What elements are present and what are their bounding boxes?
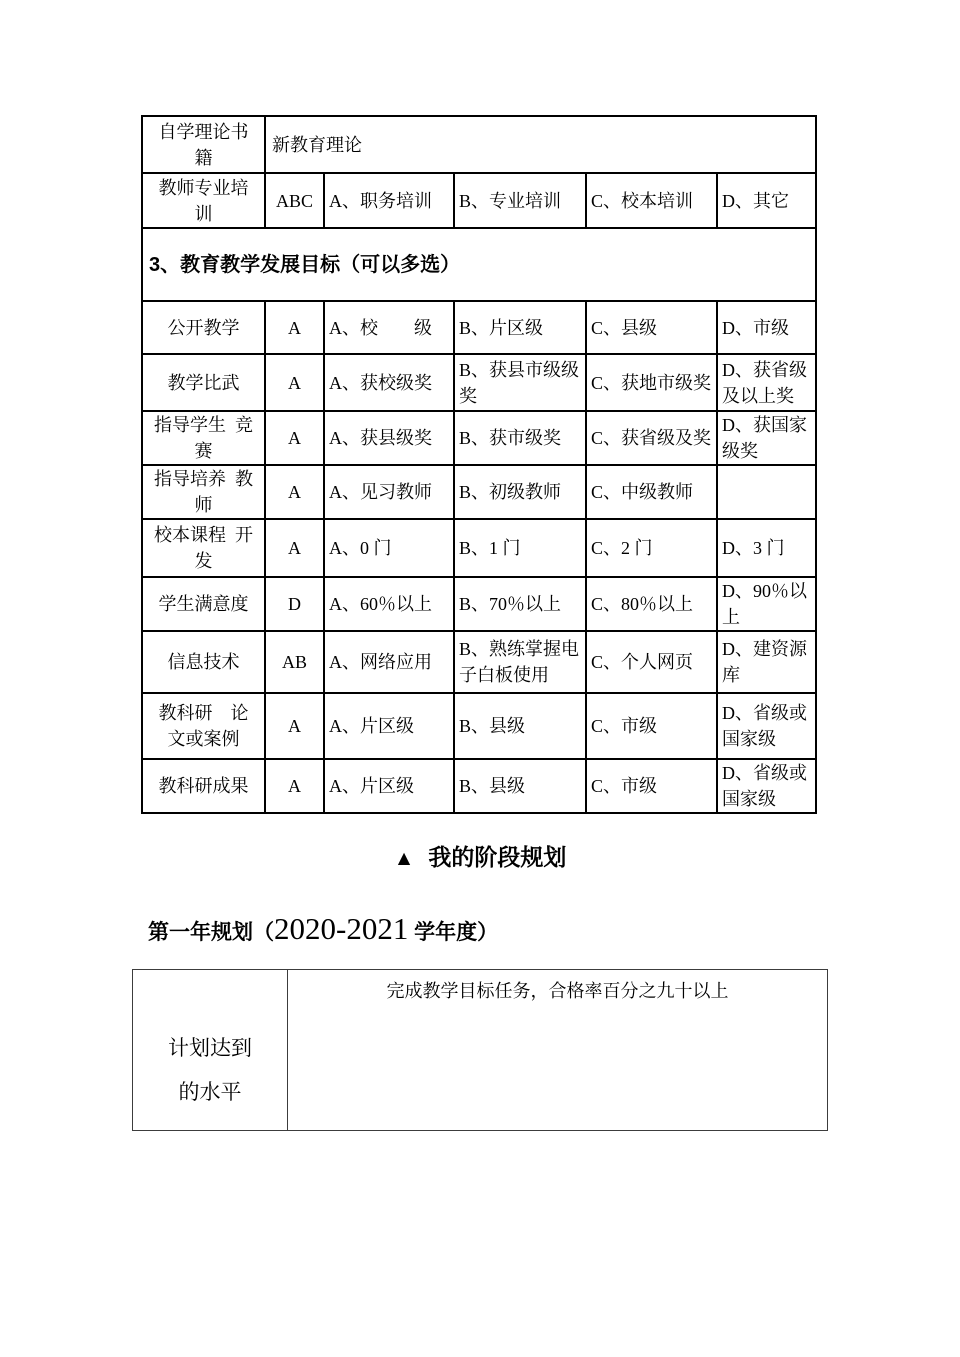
plan-heading-suffix: 学年度） xyxy=(408,921,498,944)
row-student-satisfaction: 学生满意度 D A、60％以上 B、70％以上 C、80％以上 D、90％以上 xyxy=(142,577,816,631)
row-label-cell: 信息技术 xyxy=(142,631,265,693)
option-c-cell: C、2 门 xyxy=(586,519,717,577)
row-open-teaching: 公开教学 A A、校 级 B、片区级 C、县级 D、市级 xyxy=(142,301,816,354)
option-a-cell: A、60％以上 xyxy=(324,577,454,631)
option-a-cell: A、职务培训 xyxy=(324,173,454,228)
plan-heading-prefix: 第一年规划（ xyxy=(148,921,274,944)
option-c-cell: C、个人网页 xyxy=(586,631,717,693)
option-c-cell: C、县级 xyxy=(586,301,717,354)
option-a-cell: A、校 级 xyxy=(324,301,454,354)
row-teaching-competition: 教学比武 A A、获校级奖 B、获县市级级奖 C、获地市级奖 D、获省级及以上奖 xyxy=(142,354,816,411)
answer-cell: A xyxy=(265,693,324,759)
answer-cell: D xyxy=(265,577,324,631)
row-school-curriculum: 校本课程 开发 A A、0 门 B、1 门 C、2 门 D、3 门 xyxy=(142,519,816,577)
document-page: 自学理论书籍 新教育理论 教师专业培训 ABC A、职务培训 B、专业培训 C、… xyxy=(0,0,960,1357)
answer-cell: A xyxy=(265,519,324,577)
first-year-plan-table: 计划达到 的水平 完成教学目标任务，合格率百分之九十以上 xyxy=(132,969,828,1131)
option-a-cell: A、网络应用 xyxy=(324,631,454,693)
stage-plan-heading: ▲我的阶段规划 xyxy=(0,843,960,873)
section-3-title: 3、教育教学发展目标（可以多选） xyxy=(142,228,816,301)
row-label-cell: 教学比武 xyxy=(142,354,265,411)
row-label-cell: 公开教学 xyxy=(142,301,265,354)
option-d-cell: D、获省级及以上奖 xyxy=(717,354,816,411)
row-research-papers: 教科研 论文或案例 A A、片区级 B、县级 C、市级 D、省级或国家级 xyxy=(142,693,816,759)
option-a-cell: A、获县级奖 xyxy=(324,411,454,465)
plan-level-label-line2: 的水平 xyxy=(134,1070,286,1114)
row-label-cell: 教师专业培训 xyxy=(142,173,265,228)
triangle-icon: ▲ xyxy=(394,847,415,870)
option-b-cell: B、县级 xyxy=(454,759,586,813)
row-teacher-mentoring: 指导培养 教师 A A、见习教师 B、初级教师 C、中级教师 xyxy=(142,465,816,519)
option-c-cell: C、80％以上 xyxy=(586,577,717,631)
row-label-cell: 指导学生 竞赛 xyxy=(142,411,265,465)
option-b-cell: B、70％以上 xyxy=(454,577,586,631)
answer-cell: ABC xyxy=(265,173,324,228)
option-d-cell: D、市级 xyxy=(717,301,816,354)
option-a-cell: A、片区级 xyxy=(324,693,454,759)
option-d-cell xyxy=(717,465,816,519)
option-c-cell: C、获省级及奖 xyxy=(586,411,717,465)
answer-cell: A xyxy=(265,354,324,411)
row-label-cell: 指导培养 教师 xyxy=(142,465,265,519)
option-a-cell: A、片区级 xyxy=(324,759,454,813)
option-b-cell: B、县级 xyxy=(454,693,586,759)
option-c-cell: C、获地市级奖 xyxy=(586,354,717,411)
plan-heading-years: 2020-2021 xyxy=(274,911,408,946)
table-row: 计划达到 的水平 完成教学目标任务，合格率百分之九十以上 xyxy=(133,970,828,1131)
option-b-cell: B、获市级奖 xyxy=(454,411,586,465)
row-label-cell: 自学理论书籍 xyxy=(142,116,265,173)
option-b-cell: B、1 门 xyxy=(454,519,586,577)
option-c-cell: C、中级教师 xyxy=(586,465,717,519)
option-d-cell: D、省级或国家级 xyxy=(717,693,816,759)
answer-cell: A xyxy=(265,411,324,465)
option-b-cell: B、获县市级级奖 xyxy=(454,354,586,411)
option-d-cell: D、获国家级奖 xyxy=(717,411,816,465)
option-c-cell: C、市级 xyxy=(586,693,717,759)
option-c-cell: C、市级 xyxy=(586,759,717,813)
option-b-cell: B、片区级 xyxy=(454,301,586,354)
row-self-study-books: 自学理论书籍 新教育理论 xyxy=(142,116,816,173)
option-d-cell: D、3 门 xyxy=(717,519,816,577)
row-label-cell: 教科研 论文或案例 xyxy=(142,693,265,759)
answer-cell: AB xyxy=(265,631,324,693)
row-label-cell: 教科研成果 xyxy=(142,759,265,813)
option-d-cell: D、其它 xyxy=(717,173,816,228)
first-year-plan-heading: 第一年规划（2020-2021 学年度） xyxy=(148,908,498,954)
option-a-cell: A、0 门 xyxy=(324,519,454,577)
plan-level-label-cell: 计划达到 的水平 xyxy=(133,970,288,1131)
row-teacher-training: 教师专业培训 ABC A、职务培训 B、专业培训 C、校本培训 D、其它 xyxy=(142,173,816,228)
answer-cell: A xyxy=(265,465,324,519)
plan-level-label-line1: 计划达到 xyxy=(134,1026,286,1070)
row-information-technology: 信息技术 AB A、网络应用 B、熟练掌握电子白板使用 C、个人网页 D、建资源… xyxy=(142,631,816,693)
row-research-achievements: 教科研成果 A A、片区级 B、县级 C、市级 D、省级或国家级 xyxy=(142,759,816,813)
option-d-cell: D、90％以上 xyxy=(717,577,816,631)
option-d-cell: D、省级或国家级 xyxy=(717,759,816,813)
plan-level-content-cell: 完成教学目标任务，合格率百分之九十以上 xyxy=(288,970,828,1131)
option-b-cell: B、专业培训 xyxy=(454,173,586,228)
books-value-cell: 新教育理论 xyxy=(265,116,816,173)
answer-cell: A xyxy=(265,759,324,813)
row-label-cell: 学生满意度 xyxy=(142,577,265,631)
option-b-cell: B、初级教师 xyxy=(454,465,586,519)
stage-plan-title: 我的阶段规划 xyxy=(428,844,566,870)
option-a-cell: A、获校级奖 xyxy=(324,354,454,411)
option-c-cell: C、校本培训 xyxy=(586,173,717,228)
option-d-cell: D、建资源库 xyxy=(717,631,816,693)
option-b-cell: B、熟练掌握电子白板使用 xyxy=(454,631,586,693)
row-label-cell: 校本课程 开发 xyxy=(142,519,265,577)
row-student-contest-guidance: 指导学生 竞赛 A A、获县级奖 B、获市级奖 C、获省级及奖 D、获国家级奖 xyxy=(142,411,816,465)
row-section-goals: 3、教育教学发展目标（可以多选） xyxy=(142,228,816,301)
option-a-cell: A、见习教师 xyxy=(324,465,454,519)
answer-cell: A xyxy=(265,301,324,354)
teacher-development-survey-table: 自学理论书籍 新教育理论 教师专业培训 ABC A、职务培训 B、专业培训 C、… xyxy=(141,115,817,814)
